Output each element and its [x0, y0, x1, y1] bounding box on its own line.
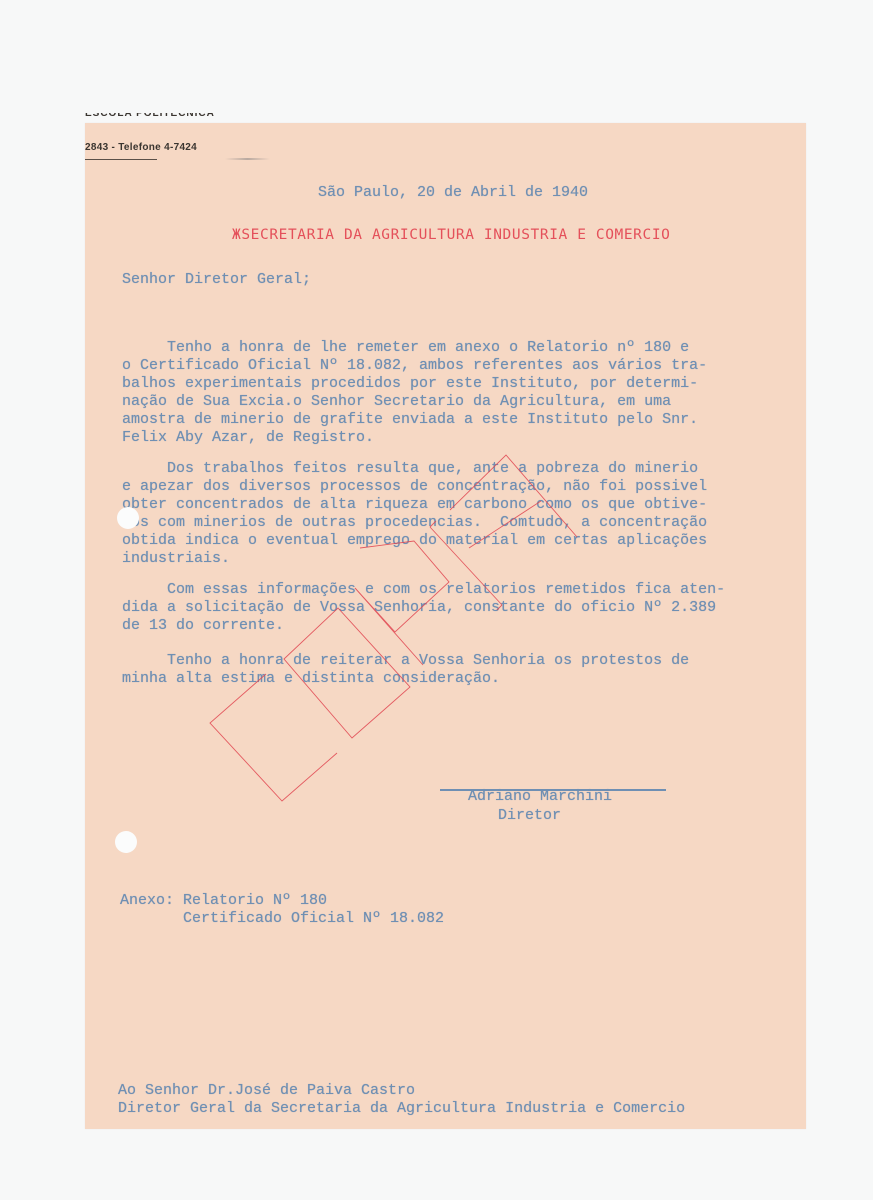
ink-smudge: [225, 158, 270, 160]
text-line: nação de Sua Excia.o Senhor Secretario d…: [122, 392, 671, 411]
annex-line-1: Anexo: Relatorio Nº 180: [120, 891, 327, 910]
salutation: Senhor Diretor Geral;: [122, 270, 311, 289]
text-line: amostra de minerio de grafite enviada a …: [122, 410, 698, 429]
letterhead-phone: 2843 - Telefone 4-7424: [85, 142, 197, 153]
text-line: minha alta estima e distinta consideraçã…: [122, 669, 500, 688]
text-line: Tenho a honra de reiterar a Vossa Senhor…: [122, 651, 689, 670]
header-red-title: ЖSECRETARIA DA AGRICULTURA INDUSTRIA E C…: [232, 227, 671, 243]
letterhead-institution: ESCOLA POLITECNICA: [85, 113, 245, 123]
text-line: Com essas informações e com os relatorio…: [122, 580, 725, 599]
signature-title: Diretor: [498, 806, 561, 825]
text-line: dida a solicitação de Vossa Senhoria, co…: [122, 598, 716, 617]
addressee-line-1: Ao Senhor Dr.José de Paiva Castro: [118, 1081, 415, 1100]
addressee-line-2: Diretor Geral da Secretaria da Agricultu…: [118, 1099, 685, 1118]
date-line: São Paulo, 20 de Abril de 1940: [318, 183, 588, 202]
text-line: Tenho a honra de lhe remeter em anexo o …: [122, 338, 689, 357]
text-line: e apezar dos diversos processos de conce…: [122, 477, 707, 496]
text-line: o Certificado Oficial Nº 18.082, ambos r…: [122, 356, 707, 375]
punch-hole-bottom: [115, 831, 137, 853]
text-line: industriais.: [122, 549, 230, 568]
annex-line-2: Certificado Oficial Nº 18.082: [120, 909, 444, 928]
text-line: obter concentrados de alta riqueza em ca…: [122, 495, 707, 514]
text-line: mos com minerios de outras procedencias.…: [122, 513, 707, 532]
text-line: balhos experimentais procedidos por este…: [122, 374, 698, 393]
text-line: de 13 do corrente.: [122, 616, 284, 635]
text-line: Felix Aby Azar, de Registro.: [122, 428, 374, 447]
punch-hole-top: [117, 507, 139, 529]
signature-name: Adriano Marchini: [468, 787, 612, 806]
letterhead-rule: [85, 159, 157, 160]
text-line: Dos trabalhos feitos resulta que, ante a…: [122, 459, 698, 478]
text-line: obtida indica o eventual emprego do mate…: [122, 531, 707, 550]
